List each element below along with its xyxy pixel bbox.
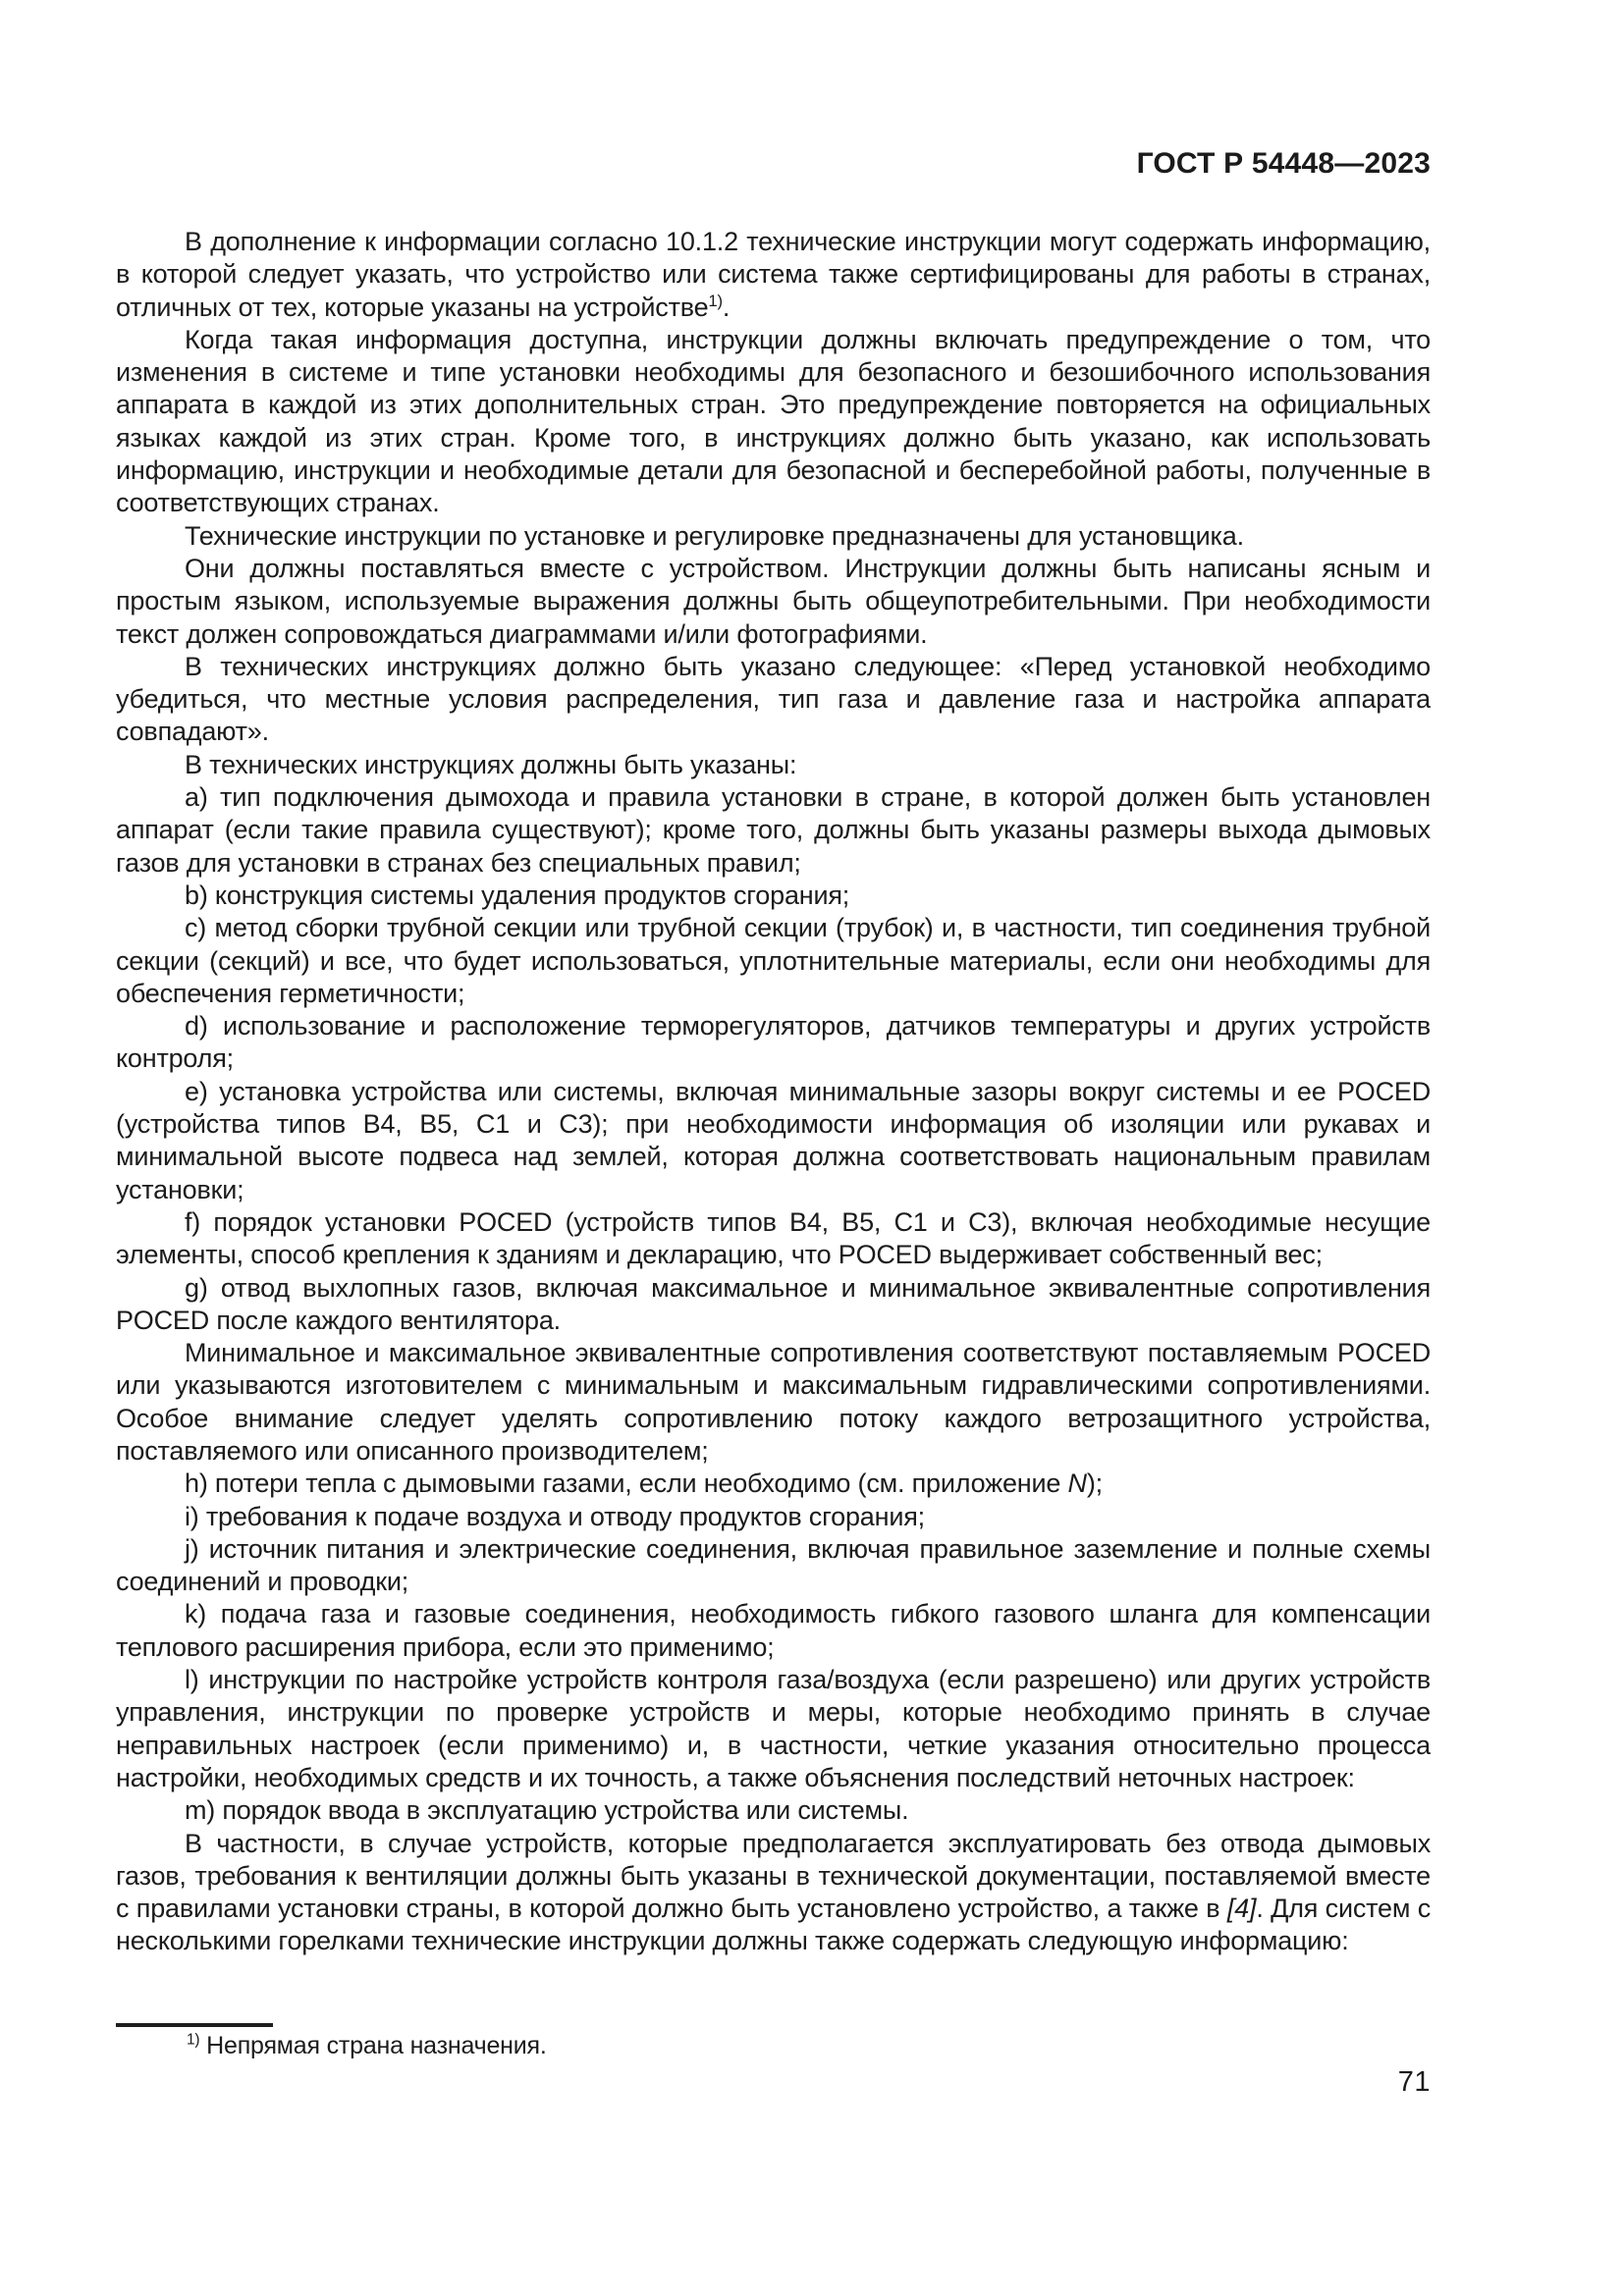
paragraph: Они должны поставляться вместе с устройс… (116, 553, 1431, 651)
paragraph: В частности, в случае устройств, которые… (116, 1828, 1431, 1958)
text-segment: d) использование и расположение терморег… (116, 1011, 1431, 1073)
text-segment: l) инструкции по настройке устройств кон… (116, 1665, 1431, 1792)
text-segment: Минимальное и максимальное эквивалентные… (116, 1338, 1431, 1466)
footnote-text: Непрямая страна назначения. (199, 2032, 546, 2059)
footnote-separator (116, 2023, 273, 2027)
page-number: 71 (116, 2066, 1431, 2099)
superscript-footnote-reference: 1) (708, 292, 722, 310)
paragraph: b) конструкция системы удаления продукто… (116, 880, 1431, 912)
document-header: ГОСТ Р 54448—2023 (116, 147, 1431, 181)
paragraph: В дополнение к информации согласно 10.1.… (116, 226, 1431, 324)
text-segment: c) метод сборки трубной секции или трубн… (116, 913, 1431, 1008)
paragraph: f) порядок установки POCED (устройств ти… (116, 1206, 1431, 1272)
text-segment: i) требования к подаче воздуха и отводу … (185, 1502, 925, 1531)
standard-designation: ГОСТ Р 54448—2023 (1137, 147, 1431, 180)
text-segment: k) подача газа и газовые соединения, нео… (116, 1599, 1431, 1661)
text-segment: В технических инструкциях должны быть ук… (185, 750, 796, 779)
paragraph: В технических инструкциях должно быть ук… (116, 651, 1431, 749)
text-segment: f) порядок установки POCED (устройств ти… (116, 1207, 1431, 1269)
paragraph: Технические инструкции по установке и ре… (116, 520, 1431, 553)
text-segment: j) источник питания и электрические соед… (116, 1534, 1431, 1596)
text-segment: g) отвод выхлопных газов, включая максим… (116, 1273, 1431, 1335)
paragraph: e) установка устройства или системы, вкл… (116, 1076, 1431, 1206)
text-segment: Они должны поставляться вместе с устройс… (116, 554, 1431, 649)
text-segment: m) порядок ввода в эксплуатацию устройст… (185, 1795, 908, 1825)
text-segment: ); (1087, 1468, 1103, 1498)
paragraph: Когда такая информация доступна, инструк… (116, 324, 1431, 520)
paragraph: j) источник питания и электрические соед… (116, 1533, 1431, 1599)
document-body: В дополнение к информации согласно 10.1.… (116, 226, 1431, 1958)
paragraph: a) тип подключения дымохода и правила ус… (116, 781, 1431, 880)
text-segment: . (723, 293, 730, 322)
paragraph: i) требования к подаче воздуха и отводу … (116, 1501, 1431, 1533)
text-segment: Технические инструкции по установке и ре… (185, 521, 1244, 551)
footnote: 1) Непрямая страна назначения. (116, 2031, 1196, 2060)
footnote-marker: 1) (187, 2032, 199, 2049)
text-segment: h) потери тепла с дымовыми газами, если … (185, 1468, 1068, 1498)
paragraph: d) использование и расположение терморег… (116, 1010, 1431, 1076)
paragraph: l) инструкции по настройке устройств кон… (116, 1664, 1431, 1794)
paragraph: h) потери тепла с дымовыми газами, если … (116, 1468, 1431, 1500)
italic-text: N (1068, 1468, 1087, 1498)
text-segment: a) тип подключения дымохода и правила ус… (116, 782, 1431, 878)
text-segment: Когда такая информация доступна, инструк… (116, 325, 1431, 517)
text-segment: В дополнение к информации согласно 10.1.… (116, 227, 1431, 322)
paragraph: g) отвод выхлопных газов, включая максим… (116, 1272, 1431, 1338)
text-segment: В технических инструкциях должно быть ук… (116, 652, 1431, 747)
document-page: ГОСТ Р 54448—2023 В дополнение к информа… (0, 0, 1624, 2296)
paragraph: c) метод сборки трубной секции или трубн… (116, 912, 1431, 1010)
paragraph: k) подача газа и газовые соединения, нео… (116, 1598, 1431, 1664)
paragraph: Минимальное и максимальное эквивалентные… (116, 1337, 1431, 1468)
paragraph: В технических инструкциях должны быть ук… (116, 749, 1431, 781)
italic-text: [4] (1227, 1894, 1256, 1923)
paragraph: m) порядок ввода в эксплуатацию устройст… (116, 1794, 1431, 1827)
text-segment: e) установка устройства или системы, вкл… (116, 1077, 1431, 1204)
text-segment: b) конструкция системы удаления продукто… (185, 881, 849, 910)
